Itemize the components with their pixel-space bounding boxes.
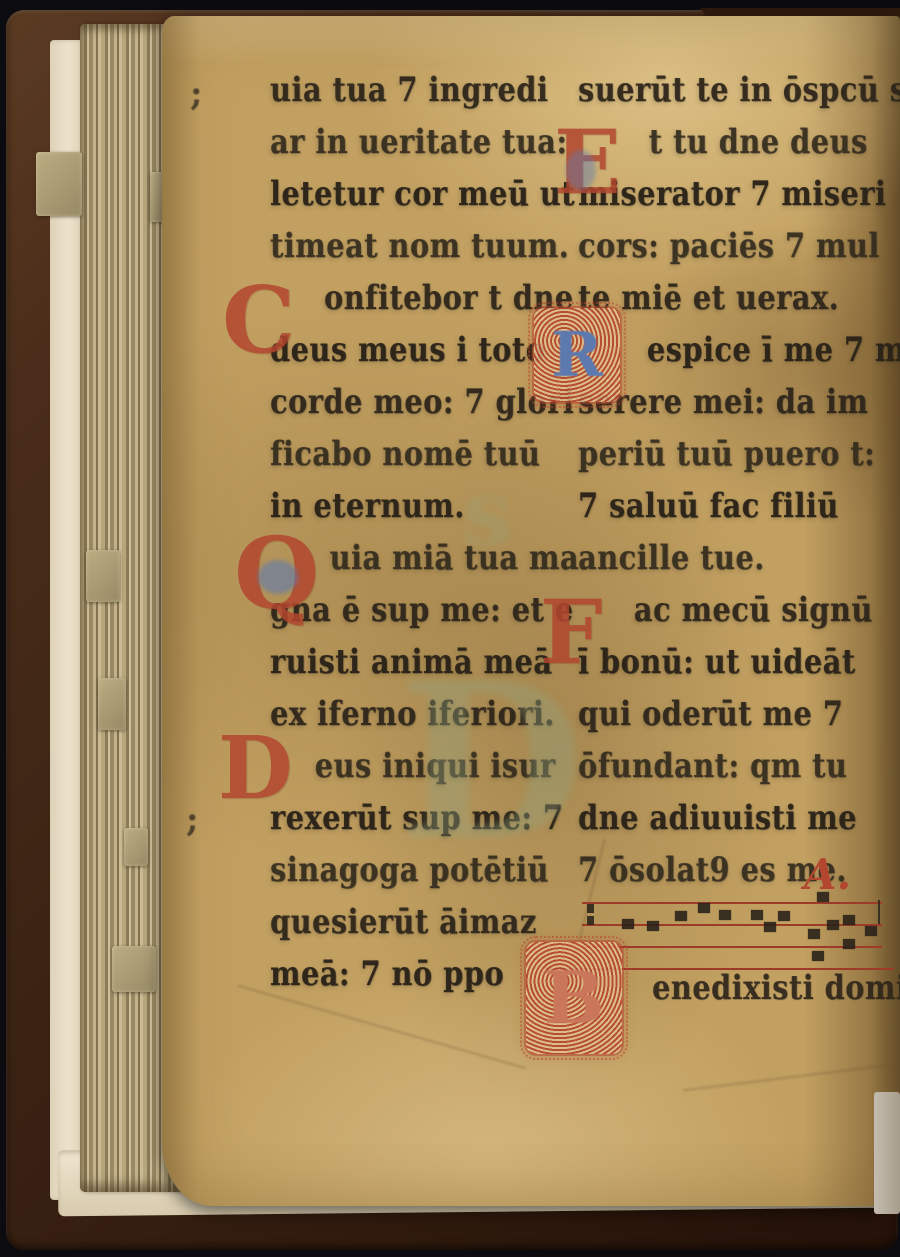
- neume-note: [843, 939, 855, 949]
- manuscript-text-line: meā: 7 nō ppo: [270, 945, 527, 1002]
- neume-note: [865, 926, 877, 936]
- margin-mark: ;: [186, 800, 199, 840]
- clef-mark: [587, 916, 594, 925]
- page-tab: [36, 152, 82, 216]
- filigree-ornament: [566, 150, 596, 190]
- text-column-right: suerūt te in ōspcū s.t tu dne deusmisera…: [578, 64, 894, 896]
- initial-letter: B: [544, 962, 605, 1034]
- decorated-initial-C: C: [222, 274, 295, 366]
- manuscript-text-line: t tu dne deus: [578, 113, 872, 170]
- manuscript-text-line: miserator 7 miseri: [578, 165, 872, 222]
- ghost-initial: s: [462, 468, 513, 558]
- manuscript-text-line: timeat nom tuum.: [270, 217, 527, 274]
- neume-note: [622, 919, 634, 929]
- neume-note: [719, 910, 731, 920]
- manuscript-text-line: qui oderūt me 7: [578, 685, 872, 742]
- manuscript-text-line: ōfundant: qm tu: [578, 737, 872, 794]
- page-tab: [112, 946, 156, 992]
- neume-note: [812, 951, 824, 961]
- manuscript-text-line: corde meo: 7 glori: [270, 373, 527, 430]
- manuscript-text-line: dne adiuuisti me: [578, 789, 872, 846]
- page-tab: [124, 828, 148, 866]
- manuscript-text-line: serere mei: da im: [578, 373, 872, 430]
- ghost-initial: D: [398, 654, 584, 869]
- staff-end-bar: [878, 900, 880, 924]
- neume-note: [698, 903, 710, 913]
- decorated-initial-B: B: [526, 942, 622, 1054]
- neume-note: [675, 911, 687, 921]
- filigree-ornament: [258, 560, 298, 594]
- decorated-initial-D: D: [218, 726, 293, 812]
- manuscript-text-line: cors: paciēs 7 mul: [578, 217, 872, 274]
- manuscript-text-line: onfitebor t dne: [270, 269, 527, 326]
- initial-letter: R: [551, 324, 603, 386]
- fore-edge-pages: [874, 1092, 900, 1214]
- manuscript-text-line: periū tuū puero t:: [578, 425, 872, 482]
- manuscript-text-line: ī bonū: ut uideāt: [578, 633, 872, 690]
- page-tab: [86, 550, 120, 602]
- margin-mark: ;: [190, 74, 203, 114]
- manuscript-text-line: ar in ueritate tua:: [270, 113, 527, 170]
- page-tab: [98, 678, 126, 730]
- neume-note: [751, 910, 763, 920]
- manuscript-text-line: deus meus i toto: [270, 321, 527, 378]
- manuscript-text-line: uia tua 7 ingredi: [270, 61, 527, 118]
- manuscript-text-line: te miē et uerax.: [578, 269, 872, 326]
- manuscript-text-line: suerūt te in ōspcū s.: [578, 61, 872, 118]
- neume-note: [764, 922, 776, 932]
- neume-note: [843, 915, 855, 925]
- neume-note: [827, 920, 839, 930]
- staff-line: [582, 946, 882, 948]
- neume-note: [647, 921, 659, 931]
- manuscript-text-line: ac mecū signū: [578, 581, 872, 638]
- manuscript-photo: uia tua 7 ingrediar in ueritate tua:lete…: [0, 0, 900, 1257]
- rubric-antiphon-mark: A.: [804, 850, 851, 899]
- manuscript-text-line: espice ī me 7 mi: [578, 321, 872, 378]
- vellum-crease: [683, 1063, 900, 1092]
- manuscript-text-line: letetur cor meū ut: [270, 165, 527, 222]
- staff-line: [582, 902, 882, 904]
- manuscript-text-line: quesierūt āimaz: [270, 893, 527, 950]
- neume-note: [808, 929, 820, 939]
- clef-mark: [587, 904, 594, 913]
- decorated-initial-R: R: [534, 308, 620, 402]
- neume-note: [778, 911, 790, 921]
- manuscript-text-line: ancille tue.: [578, 529, 872, 586]
- manuscript-text-line: 7 saluū fac filiū: [578, 477, 872, 534]
- chant-incipit-line: enedixisti domine tē: [652, 968, 900, 1008]
